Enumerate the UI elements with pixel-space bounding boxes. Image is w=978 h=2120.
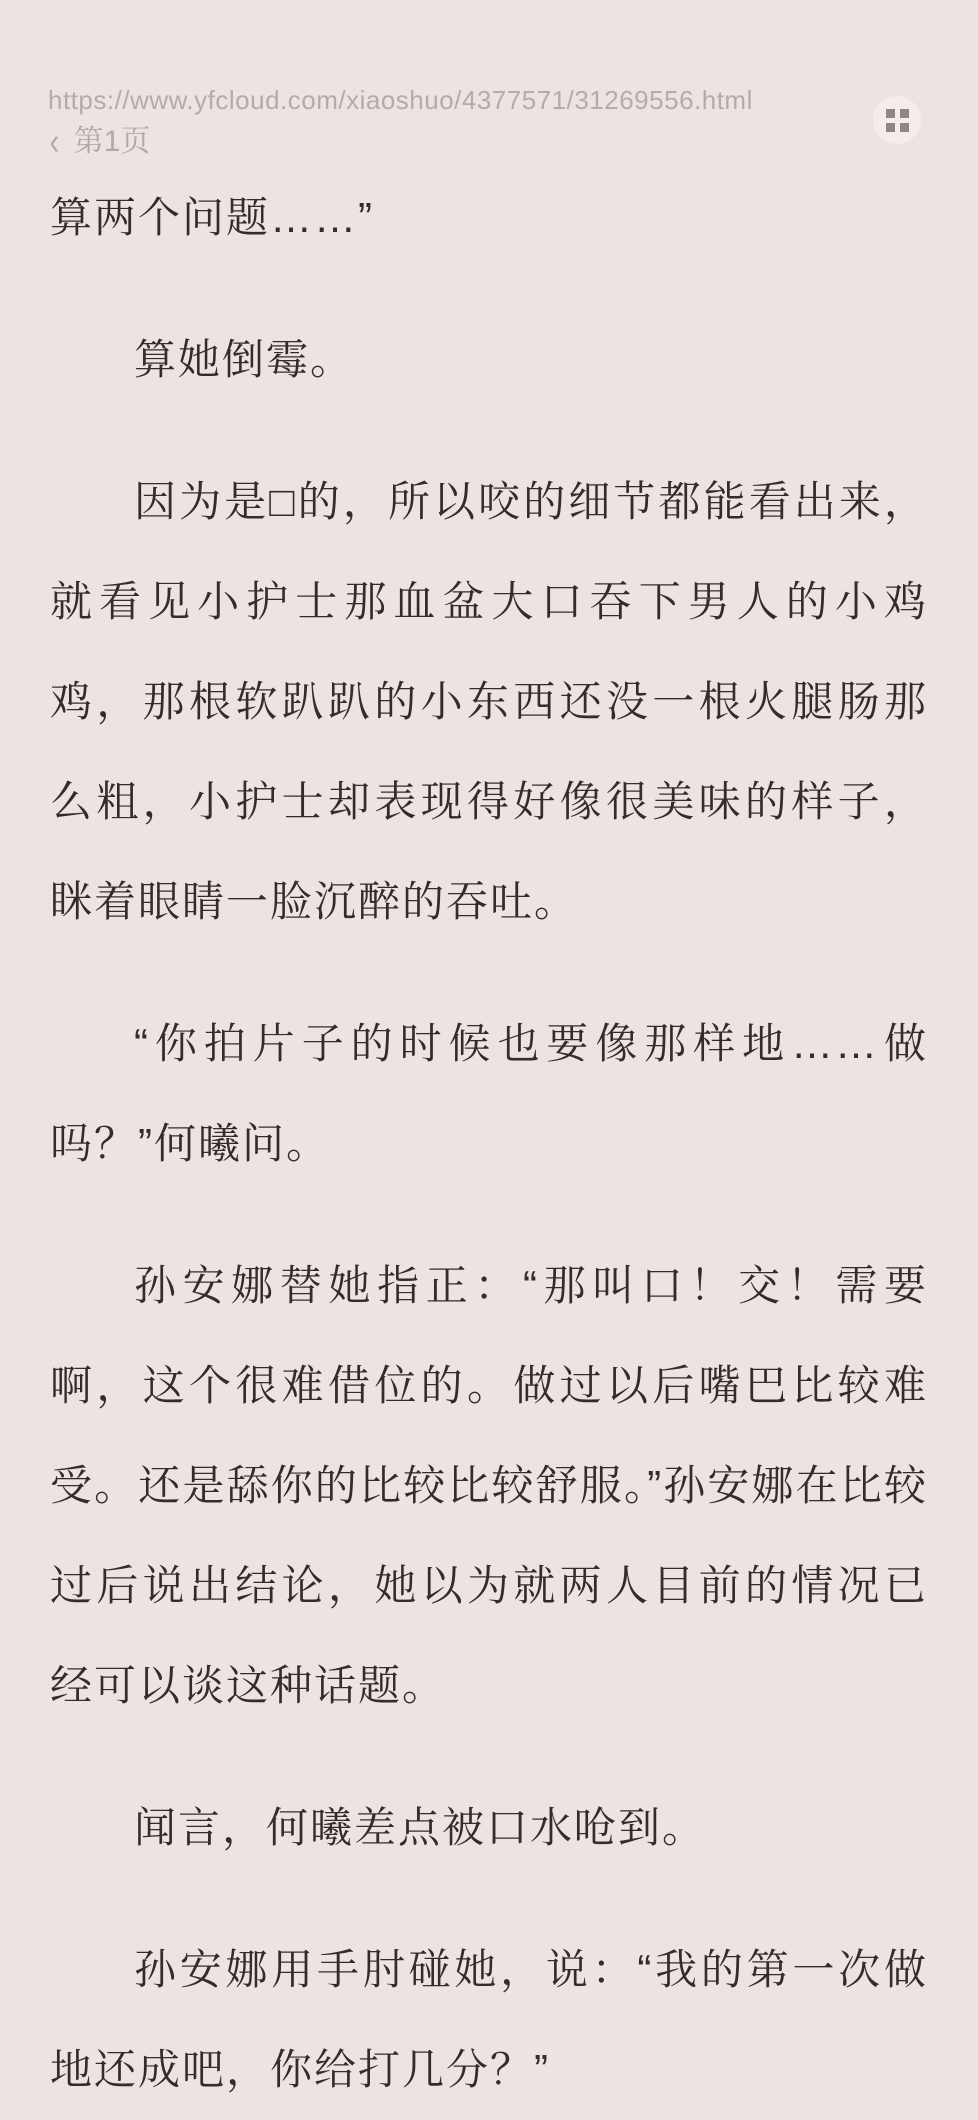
paragraph: 算她倒霉。	[50, 310, 928, 410]
paragraph: 孙安娜用手肘碰她，说：“我的第一次做地还成吧，你给打几分？”	[50, 1920, 928, 2120]
paragraph: 算两个问题……”	[50, 168, 928, 268]
back-nav[interactable]: ‹ 第1页	[48, 123, 150, 161]
page-number-label: 第1页	[74, 123, 151, 161]
novel-text-area[interactable]: 算两个问题……” 算她倒霉。 因为是□的，所以咬的细节都能看出来，就看见小护士那…	[0, 168, 978, 2120]
paragraph: 闻言，何曦差点被口水呛到。	[50, 1778, 928, 1878]
menu-button[interactable]	[873, 96, 921, 144]
page-url: https://www.yfcloud.com/xiaoshuo/4377571…	[48, 86, 978, 114]
paragraph: “你拍片子的时候也要像那样地……做吗？”何曦问。	[50, 994, 928, 1194]
paragraph: 孙安娜替她指正：“那叫口！交！需要啊，这个很难借位的。做过以后嘴巴比较难受。还是…	[50, 1236, 928, 1736]
grid-menu-icon	[886, 109, 909, 132]
reader-header: https://www.yfcloud.com/xiaoshuo/4377571…	[0, 0, 978, 160]
chevron-left-icon: ‹	[50, 123, 59, 161]
paragraph: 因为是□的，所以咬的细节都能看出来，就看见小护士那血盆大口吞下男人的小鸡鸡，那根…	[50, 452, 928, 952]
